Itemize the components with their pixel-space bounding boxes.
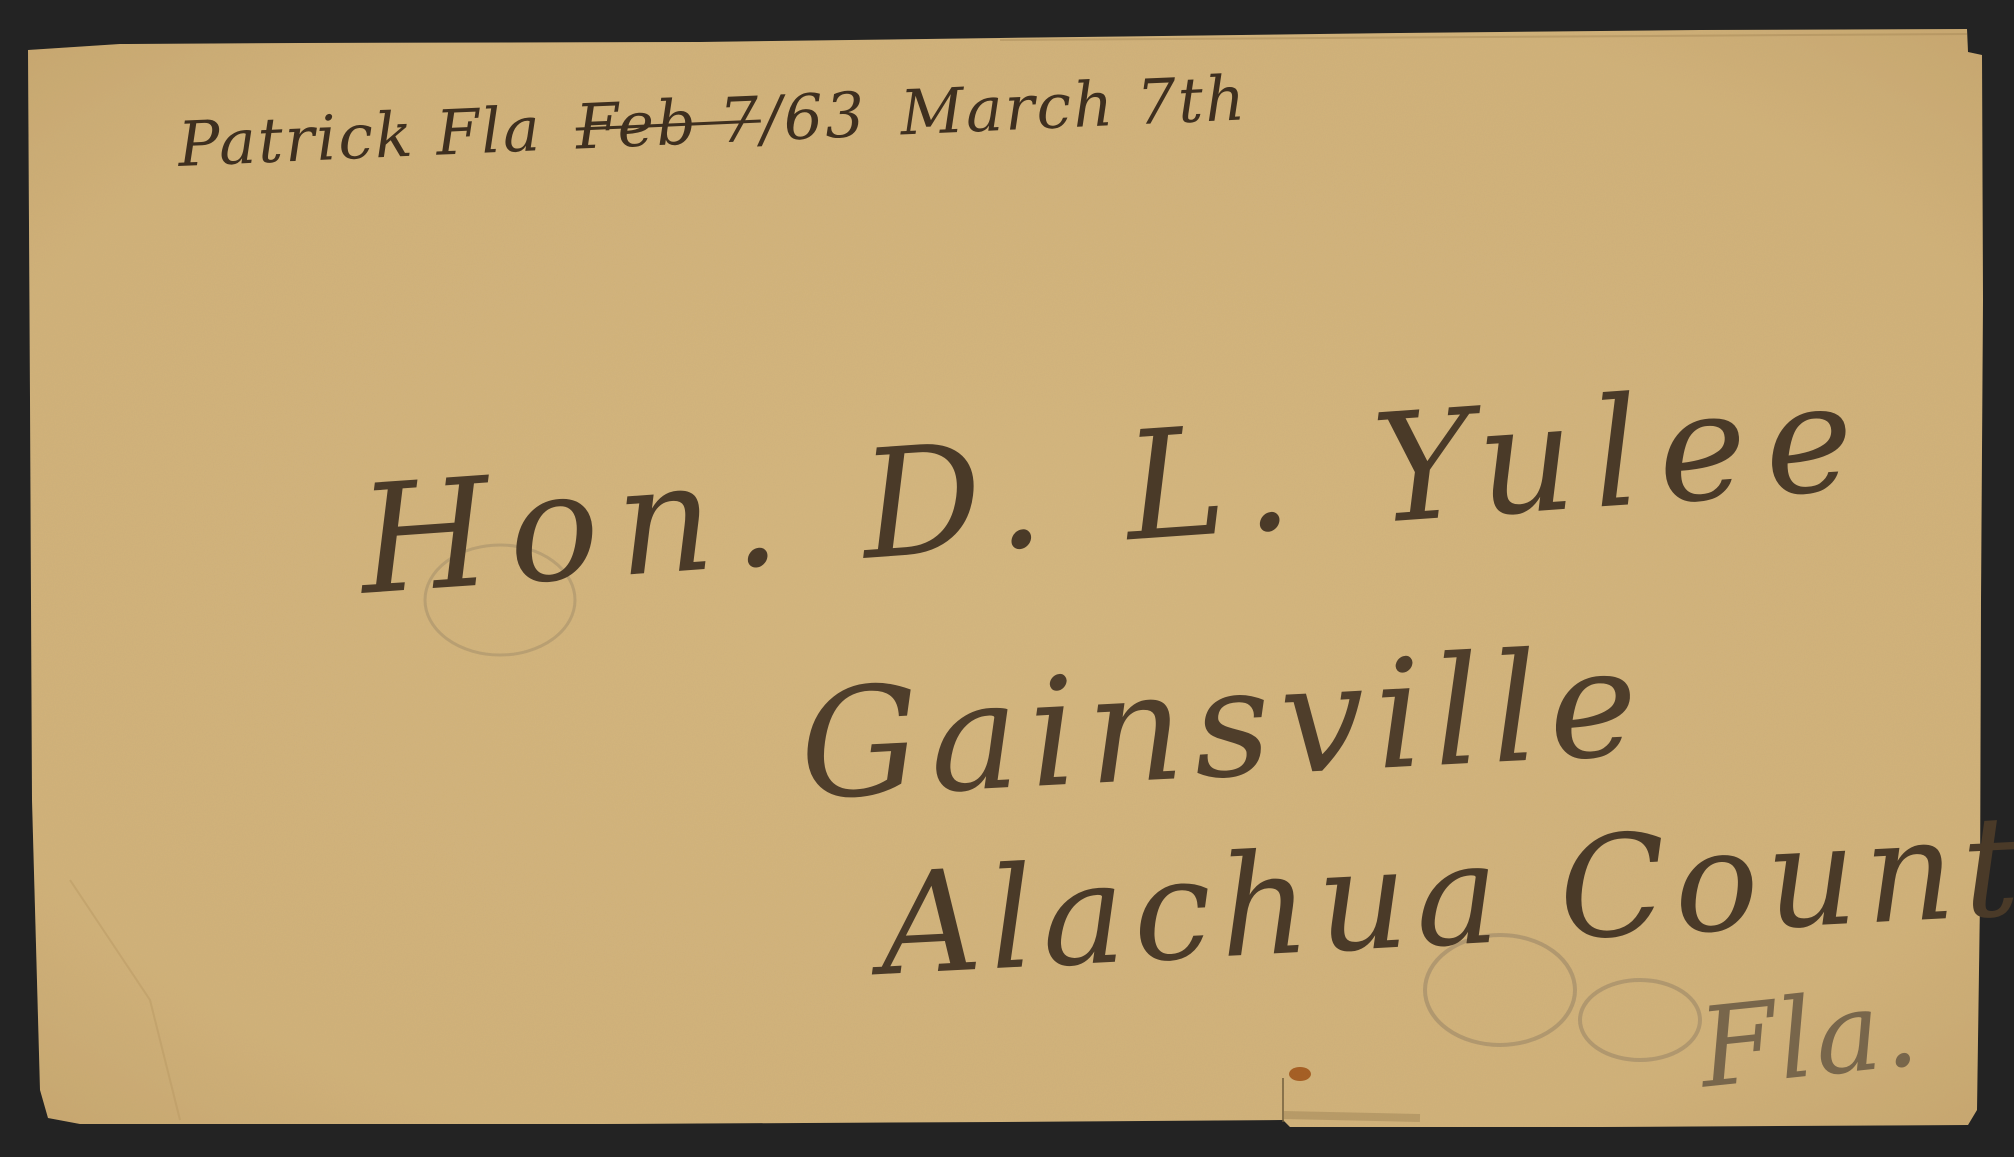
docket-struck-date: Feb 7 [574, 83, 762, 164]
address-state: Fla. [1693, 962, 1925, 1112]
envelope: Patrick FlaFeb 7/63March 7th Hon. D. L. … [0, 0, 2014, 1157]
docket-year: /63 [759, 78, 868, 156]
stain [1289, 1067, 1311, 1081]
docket-corrected-date: March 7th [899, 61, 1249, 149]
